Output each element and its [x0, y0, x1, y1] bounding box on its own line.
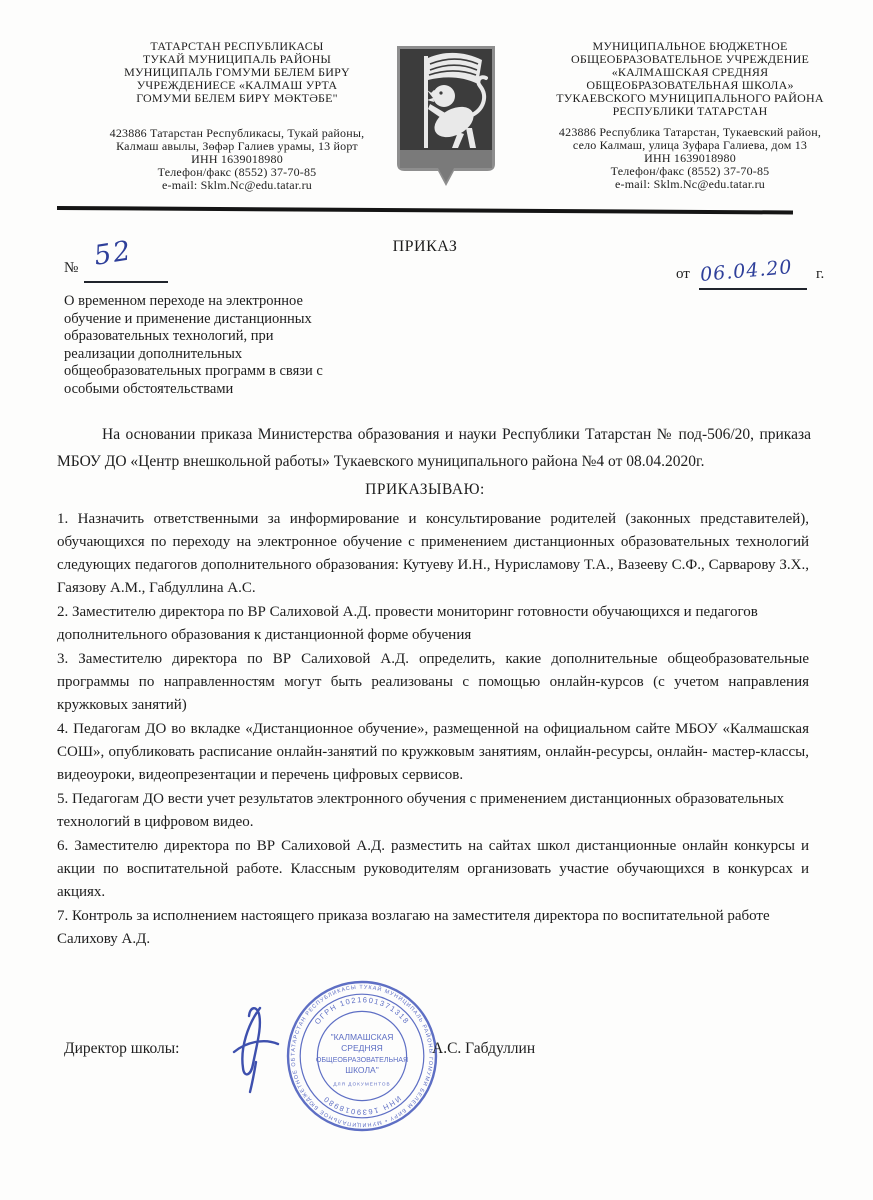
subject-line: общеобразовательных программ в связи с [64, 363, 444, 381]
order-date-suffix: г. [816, 266, 824, 283]
subject-line: О временном переходе на электронное [64, 293, 444, 311]
order-subject: О временном переходе на электронное обуч… [64, 293, 444, 398]
order-items: 1. Назначить ответственными за информиро… [57, 508, 809, 952]
seal-purpose-text: ДЛЯ ДОКУМЕНТОВ [333, 1081, 390, 1086]
subject-line: особыми обстоятельствами [64, 381, 444, 399]
order-date-handwritten: 06.04.20 [699, 256, 793, 286]
seal-center-line: "КАЛМАШСКАЯ [331, 1032, 394, 1042]
header-right-org-name: МУНИЦИПАЛЬНОЕ БЮДЖЕТНОЕ ОБЩЕОБРАЗОВАТЕЛЬ… [523, 40, 857, 118]
coat-of-arms-lion-banner-icon [394, 44, 498, 192]
director-name: А.С. Габдуллин [432, 1040, 535, 1058]
seal-center-line: ШКОЛА" [345, 1065, 378, 1075]
official-round-seal: ТАТАРСТАН РЕСПУБЛИКАСЫ ТУКАЙ МУНИЦИПАЛЬ … [286, 980, 438, 1132]
seal-center-line: ОБЩЕОБРАЗОВАТЕЛЬНАЯ [316, 1056, 408, 1064]
order-item-3: 3. Заместителю директора по ВР Салиховой… [57, 648, 809, 717]
order-item-1: 1. Назначить ответственными за информиро… [57, 508, 809, 600]
order-date-prefix: от [676, 266, 690, 283]
header-divider-rule [57, 206, 793, 214]
org-line: РЕСПУБЛИКИ ТАТАРСТАН [523, 105, 857, 118]
document-title: ПРИКАЗ [57, 238, 793, 256]
order-number-underline [84, 281, 168, 283]
order-item-7: 7. Контроль за исполнением настоящего пр… [57, 905, 809, 951]
subject-line: реализации дополнительных [64, 346, 444, 364]
order-date-underline [699, 288, 807, 290]
director-role-label: Директор школы: [64, 1040, 179, 1058]
org-line: ГОМУМИ БЕЛЕМ БИРҮ МӘКТӘБЕ" [77, 92, 397, 105]
order-item-5: 5. Педагогам ДО вести учет результатов э… [57, 788, 809, 834]
seal-inn-text: ИНН 1639018980 [321, 1094, 403, 1117]
header-left-org-name: ТАТАРСТАН РЕСПУБЛИКАСЫ ТУКАЙ МУНИЦИПАЛЬ … [77, 40, 397, 105]
order-number-label: № [64, 260, 78, 277]
header-left-contacts: 423886 Татарстан Республикасы, Тукай рай… [67, 127, 407, 192]
scanned-order-document: ТАТАРСТАН РЕСПУБЛИКАСЫ ТУКАЙ МУНИЦИПАЛЬ … [0, 0, 873, 1200]
order-item-4: 4. Педагогам ДО во вкладке «Дистанционно… [57, 718, 809, 787]
seal-center-line: СРЕДНЯЯ [341, 1043, 383, 1053]
order-preamble: На основании приказа Министерства образо… [57, 421, 811, 475]
header-right-contacts: 423886 Республика Татарстан, Тукаевский … [523, 126, 857, 191]
email-line: e-mail: Sklm.Nc@edu.tatar.ru [67, 179, 407, 192]
subject-line: обучение и применение дистанционных [64, 311, 444, 329]
subject-line: образовательных технологий, при [64, 328, 444, 346]
order-item-2: 2. Заместителю директора по ВР Салиховой… [57, 601, 809, 647]
handwritten-signature-icon [226, 1002, 288, 1096]
svg-text:ИНН 1639018980: ИНН 1639018980 [321, 1094, 403, 1117]
order-item-6: 6. Заместителю директора по ВР Салиховой… [57, 835, 809, 904]
resolve-heading: ПРИКАЗЫВАЮ: [57, 481, 793, 499]
email-line: e-mail: Sklm.Nc@edu.tatar.ru [523, 178, 857, 191]
order-number-handwritten: 52 [92, 235, 135, 272]
